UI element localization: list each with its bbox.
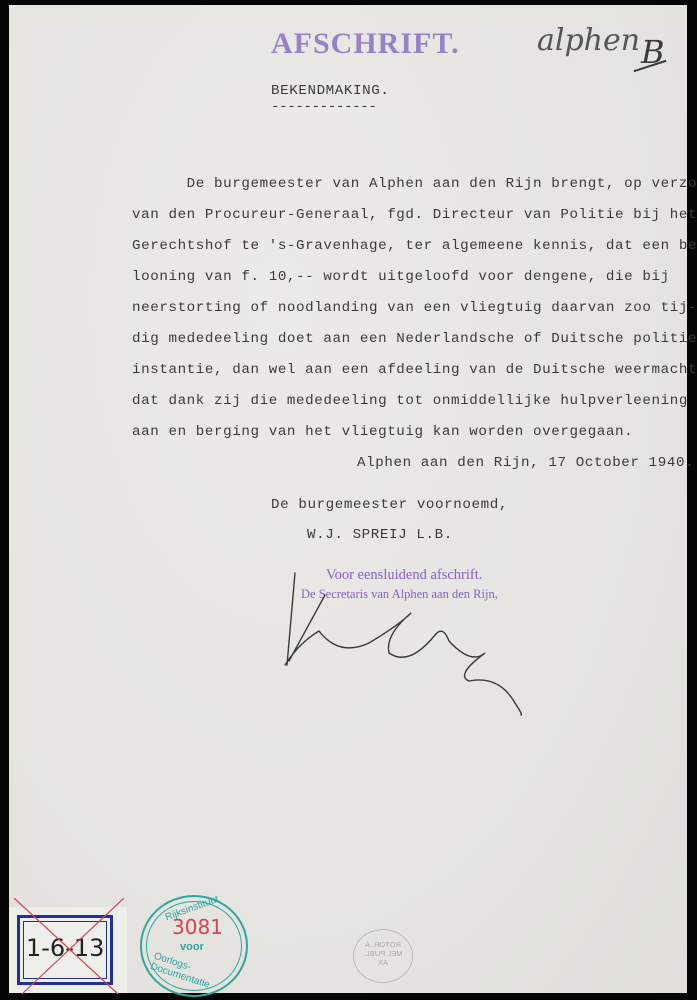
body-line: dig mededeeling doet aan een Nederlandsc… (132, 331, 697, 347)
archive-stamp-number: 3081 (172, 915, 223, 939)
place-date: Alphen aan den Rijn, 17 October 1940. (357, 455, 694, 471)
body-line: dat dank zij die mededeeling tot onmidde… (132, 393, 688, 409)
faint-circular-stamp: ROTOR. A MEL PUBL. AX (353, 929, 413, 983)
red-cross-mark (14, 898, 124, 998)
body-line: neerstorting of noodlanding van een vlie… (132, 300, 697, 316)
body-line: De burgemeester van Alphen aan den Rijn … (132, 176, 697, 192)
archive-label: 1-6-13 (9, 907, 127, 993)
signatory-name: W.J. SPREIJ L.B. (307, 527, 453, 543)
body-line: Gerechtshof te 's-Gravenhage, ter algeme… (132, 238, 697, 254)
archive-stamp: Rijksinstituut 3081 voor Oorlogs-Documen… (140, 895, 248, 997)
handwritten-signature (259, 565, 539, 725)
body-line: looning van f. 10,-- wordt uitgeloofd vo… (132, 269, 670, 285)
heading-underline: ------------- (271, 99, 376, 115)
handwritten-note-alphen: alphen (537, 23, 640, 58)
body-paragraph: De burgemeester van Alphen aan den Rijn … (132, 5, 168, 181)
document-page: AFSCHRIFT. alphen B BEKENDMAKING. ------… (9, 5, 687, 993)
heading: BEKENDMAKING. (271, 83, 389, 99)
body-line: aan en berging van het vliegtuig kan wor… (132, 424, 633, 440)
body-line: instantie, dan wel aan een afdeeling van… (132, 362, 697, 378)
body-line: van den Procureur-Generaal, fgd. Directe… (132, 207, 697, 223)
archive-stamp-middle: voor (180, 941, 204, 953)
closing-line: De burgemeester voornoemd, (271, 497, 508, 513)
afschrift-stamp: AFSCHRIFT. (271, 27, 460, 61)
